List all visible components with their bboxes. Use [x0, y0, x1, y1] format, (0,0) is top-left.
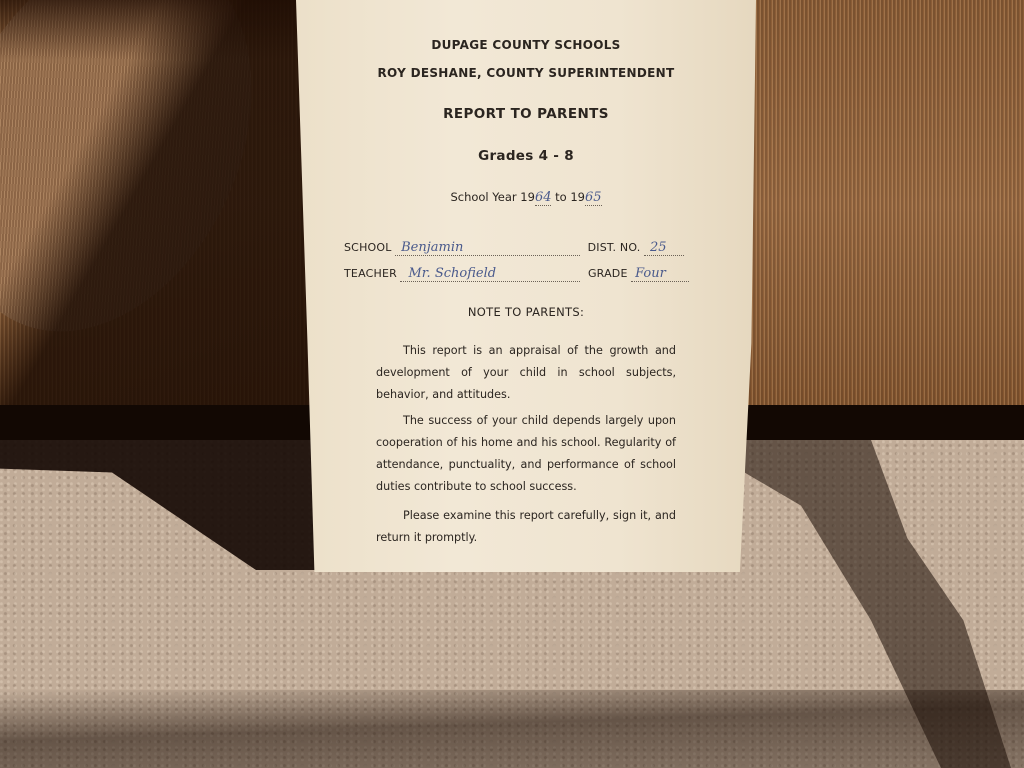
- school-row: SCHOOL Benjamin DIST. NO. 25: [344, 240, 684, 256]
- report-card: DUPAGE COUNTY SCHOOLS ROY DESHANE, COUNT…: [296, 0, 756, 572]
- paragraph-success: The success of your child depends largel…: [376, 410, 676, 498]
- grade-label: GRADE: [588, 267, 628, 280]
- grades-range: Grades 4 - 8: [296, 148, 756, 164]
- teacher-value: Mr. Schofield: [408, 266, 496, 281]
- district-value: 25: [650, 240, 667, 255]
- paragraph-text: The success of your child depends largel…: [376, 414, 676, 493]
- year-prefix-end: 19: [570, 190, 585, 204]
- school-year-label: School Year: [450, 190, 516, 204]
- grade-value: Four: [635, 266, 666, 281]
- sofa-shadow: [0, 0, 310, 412]
- paragraph-instructions: Please examine this report carefully, si…: [376, 505, 676, 549]
- note-heading: NOTE TO PARENTS:: [296, 305, 756, 319]
- paragraph-appraisal: This report is an appraisal of the growt…: [376, 340, 676, 406]
- year-prefix-start: 19: [520, 190, 535, 204]
- school-value: Benjamin: [401, 240, 463, 255]
- teacher-label: TEACHER: [344, 267, 397, 280]
- document-title: REPORT TO PARENTS: [296, 106, 756, 122]
- carpet-shadow-bottom: [0, 690, 1024, 768]
- paragraph-text: This report is an appraisal of the growt…: [376, 344, 676, 401]
- superintendent-heading: ROY DESHANE, COUNTY SUPERINTENDENT: [296, 66, 756, 80]
- teacher-row: TEACHER Mr. Schofield GRADE Four: [344, 266, 689, 282]
- district-label: DIST. NO.: [588, 241, 641, 254]
- sofa-top-shadow: [0, 0, 310, 60]
- school-year-line: School Year 1964 to 1965: [296, 190, 756, 206]
- start-year-value: 64: [535, 190, 552, 205]
- school-label: SCHOOL: [344, 241, 392, 254]
- to-label: to: [555, 190, 567, 204]
- paragraph-text: Please examine this report carefully, si…: [376, 509, 676, 544]
- end-year-value: 65: [585, 190, 602, 205]
- district-heading: DUPAGE COUNTY SCHOOLS: [296, 38, 756, 52]
